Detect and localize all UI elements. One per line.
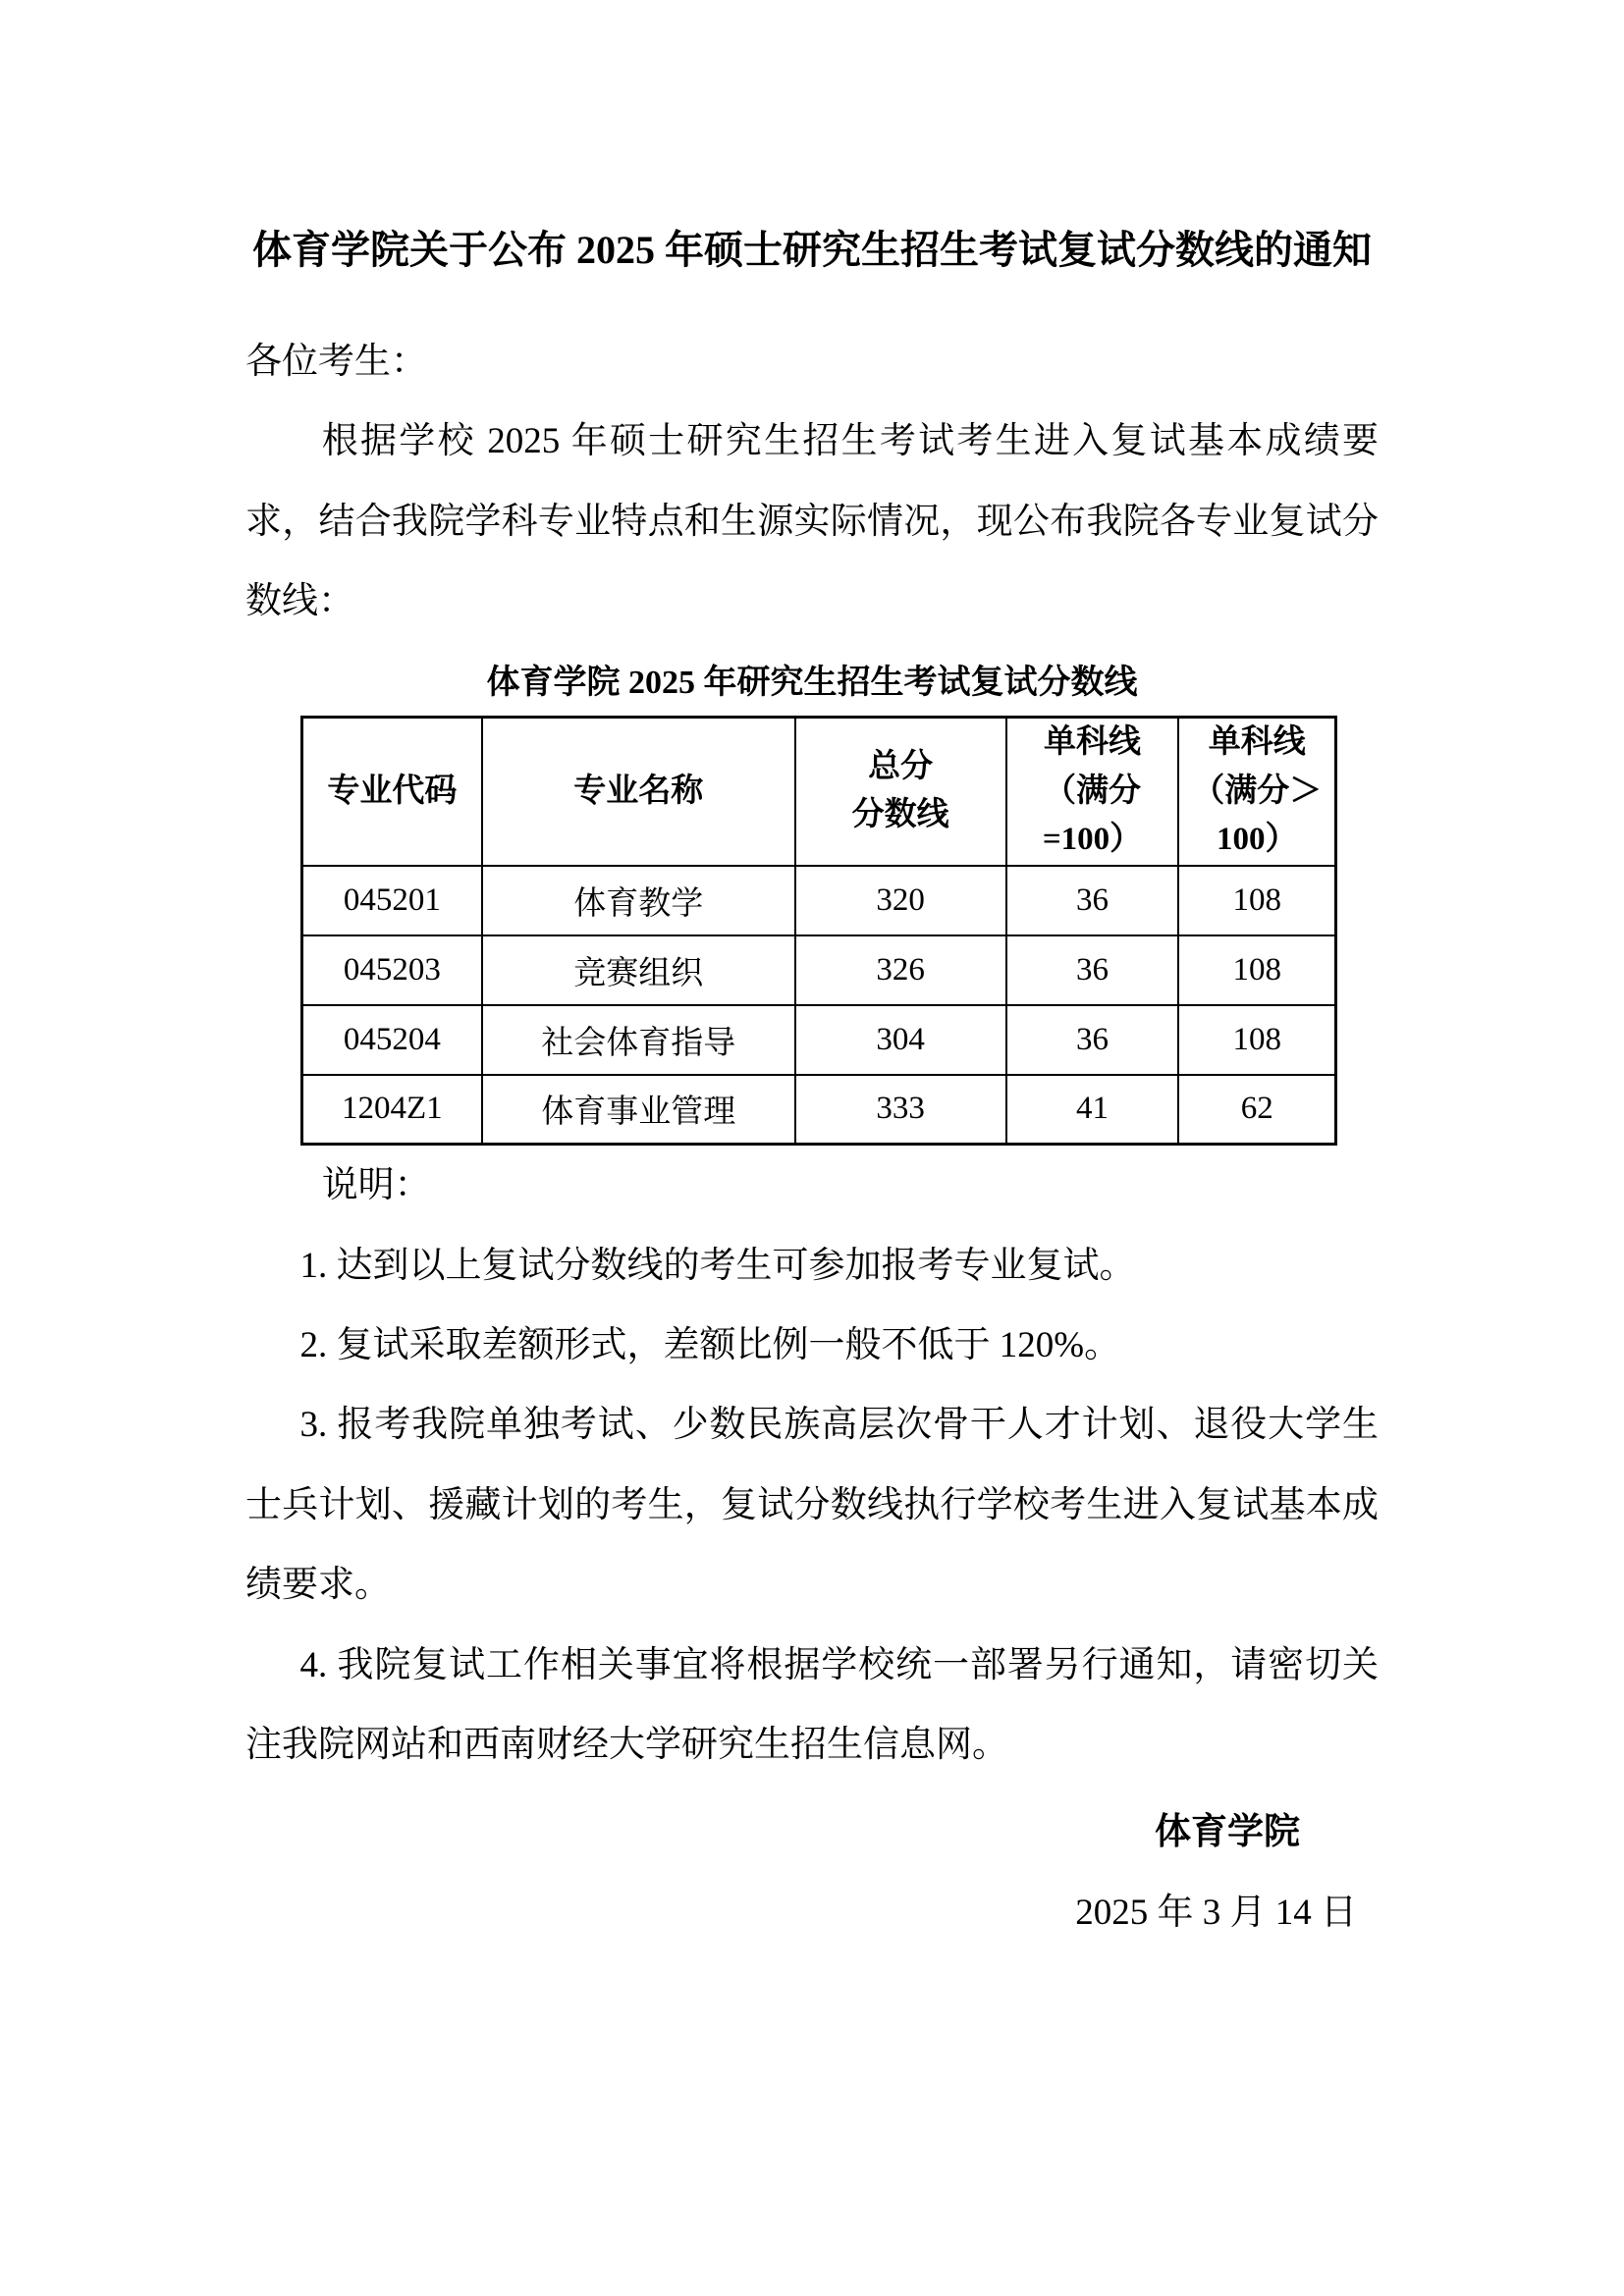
cell-subject-over-100: 108 [1178,935,1335,1005]
cell-subject-over-100: 62 [1178,1075,1335,1145]
cell-total-score: 320 [795,866,1006,935]
note-item-3: 3. 报考我院单独考试、少数民族高层次骨干人才计划、退役大学生士兵计划、援藏计划… [245,1385,1379,1625]
score-table-title: 体育学院 2025 年研究生招生考试复试分数线 [245,660,1379,707]
cell-major-code: 045204 [302,1005,482,1075]
document-page: 体育学院关于公布 2025 年硕士研究生招生考试复试分数线的通知 各位考生： 根… [0,0,1624,2296]
cell-major-name: 体育教学 [482,866,795,935]
cell-subject-over-100: 108 [1178,1005,1335,1075]
table-row: 045201 体育教学 320 36 108 [302,866,1336,935]
salutation: 各位考生： [245,322,1379,401]
header-single-subject-100: 单科线 （满分 =100） [1006,718,1179,866]
cell-total-score: 304 [795,1005,1006,1075]
cell-major-name: 社会体育指导 [482,1005,795,1075]
table-row: 045203 竞赛组织 326 36 108 [302,935,1336,1005]
date: 2025 年 3 月 14 日 [245,1873,1379,1952]
note-item-4: 4. 我院复试工作相关事宜将根据学校统一部署另行通知，请密切关注我院网站和西南财… [245,1626,1379,1786]
cell-major-code: 045201 [302,866,482,935]
cell-major-code: 1204Z1 [302,1075,482,1145]
note-item-2: 2. 复试采取差额形式，差额比例一般不低于 120%。 [245,1306,1379,1385]
table-header-row: 专业代码 专业名称 总分 分数线 单科线 （满分 =100） 单科线 （满分＞ … [302,718,1336,866]
cell-total-score: 326 [795,935,1006,1005]
table-row: 045204 社会体育指导 304 36 108 [302,1005,1336,1075]
cell-major-code: 045203 [302,935,482,1005]
cell-subject-over-100: 108 [1178,866,1335,935]
header-major-name: 专业名称 [482,718,795,866]
cell-major-name: 体育事业管理 [482,1075,795,1145]
note-item-1: 1. 达到以上复试分数线的考生可参加报考专业复试。 [245,1226,1379,1306]
intro-paragraph: 根据学校 2025 年硕士研究生招生考试考生进入复试基本成绩要求，结合我院学科专… [245,401,1379,641]
cell-subject-100: 36 [1006,935,1179,1005]
cell-total-score: 333 [795,1075,1006,1145]
table-row: 1204Z1 体育事业管理 333 41 62 [302,1075,1336,1145]
cell-subject-100: 41 [1006,1075,1179,1145]
cell-subject-100: 36 [1006,866,1179,935]
header-single-subject-over-100: 单科线 （满分＞ 100） [1178,718,1335,866]
score-table: 专业代码 专业名称 总分 分数线 单科线 （满分 =100） 单科线 （满分＞ … [300,716,1337,1146]
signature: 体育学院 [245,1792,1379,1872]
header-total-score-line: 总分 分数线 [795,718,1006,866]
cell-subject-100: 36 [1006,1005,1179,1075]
notes-label: 说明： [245,1146,1379,1225]
header-major-code: 专业代码 [302,718,482,866]
document-title: 体育学院关于公布 2025 年硕士研究生招生考试复试分数线的通知 [245,224,1379,277]
cell-major-name: 竞赛组织 [482,935,795,1005]
